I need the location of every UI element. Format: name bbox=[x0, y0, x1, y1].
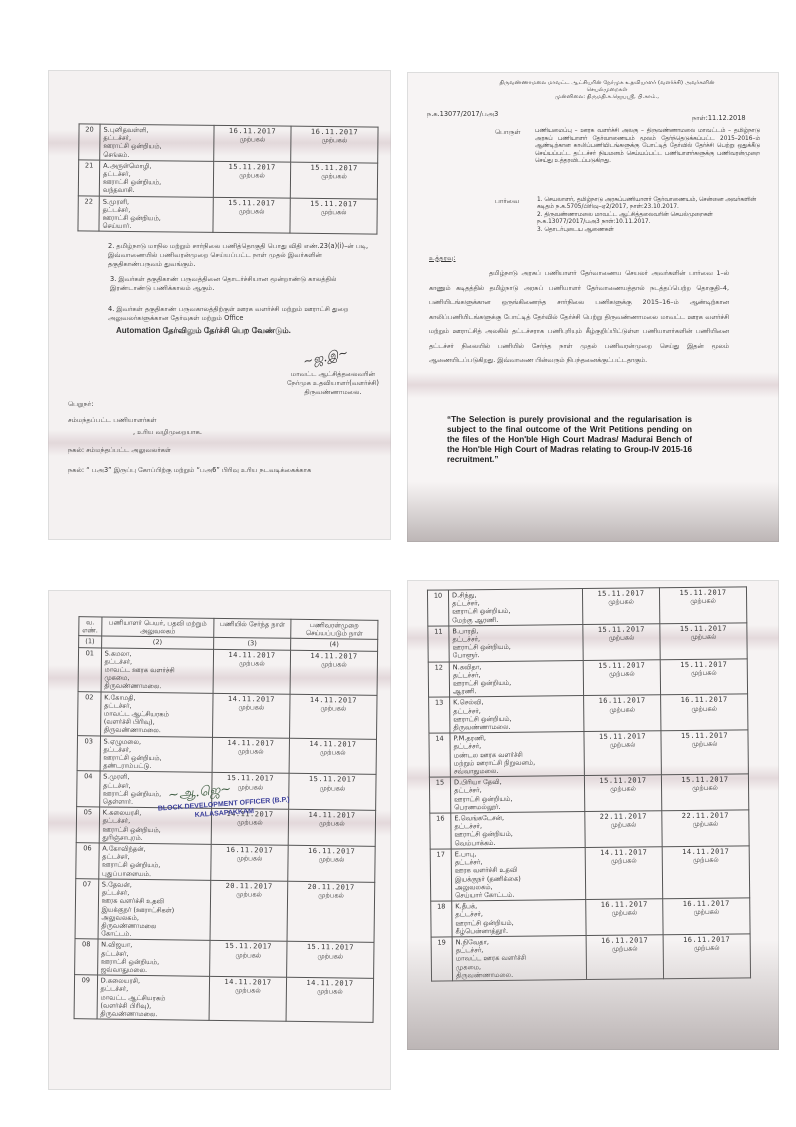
paragraph-4a: 4. இவர்கள் தகுதிகாண் பருவகாலத்திற்குள் ஊ… bbox=[108, 305, 378, 323]
employee-detail-line: ஜவ்வாதுமலை. bbox=[101, 965, 206, 974]
regularisation-date-cell: 16.11.2017முற்பகல் bbox=[291, 126, 378, 163]
scanned-page-2: திருவண்ணாமலை மாவட்ட ஆட்சியரின் நேர்முக உ… bbox=[407, 72, 779, 542]
employee-cell: B.பாரதி,தட்டச்சர்,ஊராட்சி ஒன்றியம்,போளூர… bbox=[449, 624, 583, 661]
employee-cell: S.புனிதவள்ளி,தட்டச்சர்,ஊராட்சி ஒன்றியம்,… bbox=[100, 124, 214, 161]
header-name: பணியாளர் பெயர், பதவி மற்றும் அலுவலகம் bbox=[101, 617, 214, 638]
join-date-cell: 15.11.2017முற்பகல் bbox=[582, 588, 659, 625]
table-row: 08N.விஜயா,தட்டச்சர்,ஊராட்சி ஒன்றியம்,ஜவ்… bbox=[75, 939, 374, 978]
employee-detail-line: திருவண்ணாமலை. bbox=[104, 726, 209, 735]
regularisation-date-cell: 14.11.2017முற்பகல் bbox=[289, 738, 376, 775]
paragraph-4b: Automation தேர்விலும் தேர்ச்சி பெற வேண்ட… bbox=[116, 326, 376, 335]
regularisation-date-cell: 16.11.2017முற்பகல் bbox=[661, 694, 748, 731]
regularisation-date-cell: 15.11.2017முற்பகல் bbox=[287, 942, 374, 979]
serial-number: 11 bbox=[428, 626, 449, 662]
employee-detail-line: மேற்கு ஆரணி. bbox=[452, 615, 579, 625]
table-row: 01S.கமலா,தட்டச்சர்,மாவட்ட ஊரக வளர்ச்சிமு… bbox=[78, 647, 378, 695]
join-date-cell: 16.11.2017முற்பகல் bbox=[211, 844, 288, 881]
join-session: முற்பகல் bbox=[216, 747, 286, 756]
letterhead: திருவண்ணாமலை மாவட்ட ஆட்சியரின் நேர்முக உ… bbox=[447, 80, 767, 101]
table-row: 03S.ஏழுமலை,தட்டச்சர்,ஊராட்சி ஒன்றியம்,தண… bbox=[77, 735, 376, 774]
table-row: 22S.முரளி,தட்டச்சர்,ஊராட்சி ஒன்றியம்,செய… bbox=[78, 196, 377, 235]
signatory-line: நேர்முக உதவியாளர்(வளர்ச்சி) bbox=[278, 379, 388, 388]
join-session: முற்பகல் bbox=[587, 669, 657, 678]
join-date-cell: 22.11.2017முற்பகல் bbox=[585, 811, 662, 848]
join-session: முற்பகல் bbox=[217, 207, 287, 216]
employee-cell: A.அருள்மொழி,தட்டச்சர்,ஊராட்சி ஒன்றியம்,வ… bbox=[99, 160, 213, 197]
subject-label: பொருள் bbox=[495, 128, 521, 137]
references-list: 1. செயலாளர், தமிழ்நாடு அரசுப்பணியாளர் தே… bbox=[537, 197, 757, 234]
join-session: முற்பகல் bbox=[586, 633, 656, 642]
employee-detail-line: சவ்வாதுமலை. bbox=[454, 766, 581, 776]
regularisation-session: முற்பகல் bbox=[294, 660, 374, 669]
table-body: 01S.கமலா,தட்டச்சர்,மாவட்ட ஊரக வளர்ச்சிமு… bbox=[74, 647, 378, 1022]
join-session: முற்பகல் bbox=[588, 821, 658, 830]
serial-number: 18 bbox=[431, 901, 452, 937]
regularisation-session: முற்பகல் bbox=[663, 632, 743, 641]
serial-number: 16 bbox=[430, 813, 451, 849]
regularisation-date-cell: 15.11.2017முற்பகல் bbox=[290, 162, 377, 199]
join-session: முற்பகல் bbox=[217, 135, 287, 144]
employee-detail-line: கீழ்பென்னாத்தூர். bbox=[455, 926, 582, 936]
regularisation-session: முற்பகல் bbox=[666, 855, 746, 864]
join-date-cell: 15.11.2017முற்பகல் bbox=[213, 161, 290, 198]
regularisation-session: முற்பகல் bbox=[291, 891, 371, 900]
reference-number: ந.க.13077/2017/பஅ3 bbox=[427, 110, 498, 119]
join-date: 14.11.2017 bbox=[217, 650, 287, 659]
reference-item: 1. செயலாளர், தமிழ்நாடு அரசுப்பணியாளர் தே… bbox=[537, 197, 757, 212]
regularisation-session: முற்பகல் bbox=[665, 784, 745, 793]
table-header: வ. எண். பணியாளர் பெயர், பதவி மற்றும் அலு… bbox=[79, 617, 378, 651]
regularisation-session: முற்பகல் bbox=[294, 208, 374, 217]
serial-number: 15 bbox=[429, 777, 450, 813]
table-body: 10D.சிந்து,தட்டச்சர்,ஊராட்சி ஒன்றியம்,மே… bbox=[427, 587, 750, 981]
regularisation-date-cell: 15.11.2017முற்பகல் bbox=[659, 587, 746, 624]
employee-cell: D.சிந்து,தட்டச்சர்,ஊராட்சி ஒன்றியம்,மேற்… bbox=[448, 589, 582, 626]
employee-cell: D.பிரியா தேவி,தட்டச்சர்,ஊராட்சி ஒன்றியம்… bbox=[450, 776, 584, 813]
join-date-cell: 15.11.2017முற்பகல் bbox=[210, 941, 287, 978]
serial-number: 21 bbox=[78, 160, 99, 196]
join-date-cell: 15.11.2017முற்பகல் bbox=[584, 775, 661, 812]
employee-table-continued: 10D.சிந்து,தட்டச்சர்,ஊராட்சி ஒன்றியம்,மே… bbox=[427, 586, 751, 981]
header-num: (3) bbox=[214, 638, 291, 650]
regularisation-session: முற்பகல் bbox=[666, 908, 746, 917]
regularisation-session: முற்பகல் bbox=[294, 172, 374, 181]
serial-number: 14 bbox=[429, 733, 450, 777]
signatory-block: மாவட்ட ஆட்சித்தலைவரின் நேர்முக உதவியாளர்… bbox=[278, 370, 388, 397]
paragraph-3: 3. இவர்கள் தகுதிகாண் பருவத்தினை தொடர்ச்ச… bbox=[110, 275, 370, 293]
join-date-cell: 15.11.2017முற்பகல் bbox=[213, 197, 290, 234]
employee-detail-line: செய்யார். bbox=[102, 222, 209, 231]
serial-number: 05 bbox=[76, 807, 99, 843]
references-label: பார்வை bbox=[495, 197, 519, 206]
regularisation-session: முற்பகல் bbox=[664, 704, 744, 713]
employee-cell: E.வெங்கடேசன்,தட்டச்சர்,ஊராட்சி ஒன்றியம்,… bbox=[451, 812, 585, 849]
employee-detail-line: திருவண்ணாமலை. bbox=[100, 1009, 205, 1018]
employee-detail-line: புதுப்பாளையம். bbox=[102, 869, 207, 878]
join-session: முற்பகல் bbox=[214, 890, 284, 899]
employee-detail-line: திருவண்ணாமலை. bbox=[453, 722, 580, 732]
employee-detail-line: துரிஞ்சாபுரம். bbox=[102, 833, 207, 842]
employee-detail-line: திருவண்ணாமலை. bbox=[104, 682, 209, 691]
copy-line-2: நகல்: “ பஅ3” இருப்பு கோப்பிற்கு மற்றும் … bbox=[68, 466, 391, 475]
reference-item: 2. திருவண்ணாமலை மாவட்ட ஆட்சித்தலைவரின் ச… bbox=[537, 212, 757, 227]
order-body: தமிழ்நாடு அரசுப் பணியாளர் தேர்வாணைய செயல… bbox=[429, 266, 729, 368]
scanned-page-1: 20S.புனிதவள்ளி,தட்டச்சர்,ஊராட்சி ஒன்றியம… bbox=[48, 70, 391, 540]
join-session: முற்பகல் bbox=[589, 856, 659, 865]
serial-number: 17 bbox=[430, 849, 452, 901]
join-date: 14.11.2017 bbox=[216, 739, 286, 748]
table-row: 15D.பிரியா தேவி,தட்டச்சர்,ஊராட்சி ஒன்றிய… bbox=[429, 774, 748, 813]
join-date-cell: 14.11.2017முற்பகல் bbox=[212, 737, 289, 774]
join-date-cell: 15.11.2017முற்பகல் bbox=[584, 731, 661, 776]
header-serial: வ. எண். bbox=[79, 617, 102, 637]
serial-number: 03 bbox=[77, 735, 100, 771]
serial-number: 20 bbox=[79, 124, 100, 160]
serial-number: 13 bbox=[429, 697, 450, 733]
serial-number: 10 bbox=[427, 590, 448, 626]
copy-line-1: நகல்: சம்மந்தப்பட்ட அலுவலர்கள் bbox=[68, 446, 171, 455]
serial-number: 08 bbox=[75, 939, 98, 975]
join-session: முற்பகல் bbox=[213, 986, 283, 995]
join-session: முற்பகல் bbox=[587, 705, 657, 714]
to-line: , உரிய வழிமுறையாக. bbox=[133, 428, 202, 437]
join-date-cell: 16.11.2017முற்பகல் bbox=[584, 695, 661, 732]
join-session: முற்பகல் bbox=[213, 950, 283, 959]
employee-detail-line: செங்கம். bbox=[103, 150, 210, 159]
table-row: 17E.பாபு,தட்டச்சர்,ஊரக வளர்ச்சி உதவிஇயக்… bbox=[430, 846, 750, 902]
join-session: முற்பகல் bbox=[215, 818, 285, 827]
regularisation-session: முற்பகல் bbox=[292, 819, 372, 828]
join-session: முற்பகல் bbox=[588, 785, 658, 794]
header-join-date: பணியில் சேர்ந்த நாள் bbox=[214, 618, 291, 638]
employee-detail-line: வந்தவாசி. bbox=[103, 186, 210, 195]
table-row: 20S.புனிதவள்ளி,தட்டச்சர்,ஊராட்சி ஒன்றியம… bbox=[79, 124, 378, 163]
join-date-cell: 16.11.2017முற்பகல் bbox=[586, 899, 663, 936]
join-session: முற்பகல் bbox=[217, 659, 287, 668]
employee-table-continued: 20S.புனிதவள்ளி,தட்டச்சர்,ஊராட்சி ஒன்றியம… bbox=[77, 123, 378, 235]
table-row: 16E.வெங்கடேசன்,தட்டச்சர்,ஊராட்சி ஒன்றியம… bbox=[430, 810, 749, 849]
serial-number: 12 bbox=[428, 662, 449, 698]
serial-number: 04 bbox=[77, 771, 100, 807]
join-date-cell: 15.11.2017முற்பகல் bbox=[583, 659, 660, 696]
regularisation-session: முற்பகல் bbox=[665, 820, 745, 829]
join-date-cell: 14.11.2017முற்பகல் bbox=[213, 649, 291, 694]
join-date-cell: 14.11.2017முற்பகல் bbox=[585, 847, 663, 900]
join-session: முற்பகல் bbox=[589, 909, 659, 918]
employee-cell: E.பாபு,தட்டச்சர்,ஊரக வளர்ச்சி உதவிஇயக்கு… bbox=[451, 847, 586, 901]
regularisation-session: முற்பகல் bbox=[290, 951, 370, 960]
employee-cell: K.தீபக்,தட்டச்சர்,ஊராட்சி ஒன்றியம்,கீழ்ப… bbox=[452, 900, 586, 937]
join-date-cell: 14.11.2017முற்பகல் bbox=[213, 693, 291, 738]
letterhead-line: திருவண்ணாமலை மாவட்ட ஆட்சியரின் நேர்முக உ… bbox=[447, 80, 767, 87]
letterhead-line: செயல்முறைகள் bbox=[447, 87, 767, 94]
employee-cell: A.கோவிந்தன்,தட்டச்சர்,ஊராட்சி ஒன்றியம்,ப… bbox=[98, 843, 211, 880]
regularisation-session: முற்பகல் bbox=[663, 597, 743, 606]
regularisation-session: முற்பகல் bbox=[293, 704, 373, 713]
reference-item: 3. தொடர்புடைய ஆணைகள் bbox=[537, 227, 757, 234]
serial-number: 06 bbox=[76, 843, 99, 879]
paragraph-2: 2. தமிழ்நாடு மாநில மற்றும் சார்நிலை பணித… bbox=[108, 242, 378, 269]
join-session: முற்பகல் bbox=[217, 171, 287, 180]
regularisation-date-cell: 14.11.2017முற்பகல் bbox=[290, 650, 378, 695]
employee-detail-line: போளூர். bbox=[453, 651, 580, 661]
table-row: 10D.சிந்து,தட்டச்சர்,ஊராட்சி ஒன்றியம்,மே… bbox=[427, 587, 746, 626]
scanned-page-4: 10D.சிந்து,தட்டச்சர்,ஊராட்சி ஒன்றியம்,மே… bbox=[407, 580, 779, 1050]
employee-cell: N.கவிதா,தட்டச்சர்,ஊராட்சி ஒன்றியம்,ஆரணி. bbox=[449, 660, 583, 697]
signatory-line: திருவண்ணாமலை. bbox=[278, 388, 388, 397]
table-row: 14P.M.தரணி,தட்டச்சர்,மண்டல ஊரக வளர்ச்சிம… bbox=[429, 730, 748, 777]
regularisation-date-cell: 15.11.2017முற்பகல் bbox=[661, 730, 748, 775]
signatory-line: மாவட்ட ஆட்சித்தலைவரின் bbox=[278, 370, 388, 379]
regularisation-date-cell: 14.11.2017முற்பகல் bbox=[288, 810, 375, 847]
table-row: 13K.செல்வி,தட்டச்சர்,ஊராட்சி ஒன்றியம்,தி… bbox=[429, 694, 748, 733]
regularisation-session: முற்பகல் bbox=[290, 987, 370, 996]
regularisation-session: முற்பகல் bbox=[293, 748, 373, 757]
join-date: 15.11.2017 bbox=[213, 942, 283, 951]
letterhead-line: முன்னிலை: திருமதி.க.ஜெயஸ்ரீ, பி.காம்., bbox=[447, 94, 767, 101]
table-row: 18K.தீபக்,தட்டச்சர்,ஊராட்சி ஒன்றியம்,கீழ… bbox=[431, 898, 750, 937]
regularisation-session: முற்பகல் bbox=[292, 783, 372, 792]
join-date-cell: 20.11.2017முற்பகல் bbox=[210, 880, 288, 941]
employee-table: வ. எண். பணியாளர் பெயர், பதவி மற்றும் அலு… bbox=[74, 616, 379, 1023]
header-regularisation-date: பணிவரன்முறை செய்யப்படும் நாள் bbox=[291, 619, 378, 639]
employee-detail-line: ஆரணி. bbox=[453, 686, 580, 696]
employee-detail-line: கோட்டம். bbox=[101, 930, 206, 939]
employee-detail-line: பெரணமல்லூர். bbox=[454, 802, 581, 812]
regularisation-session: முற்பகல் bbox=[291, 855, 371, 864]
employee-cell: D.கலையரசி,தட்டச்சர்,மாவட்ட ஆட்சியரகம்(வள… bbox=[97, 975, 210, 1020]
serial-number: 09 bbox=[74, 975, 97, 1019]
serial-number: 02 bbox=[78, 691, 101, 735]
join-date: 14.11.2017 bbox=[216, 694, 286, 703]
table-row: 02K.கோமதி,தட்டச்சர்,மாவட்ட ஆட்சியரகம்(வள… bbox=[78, 691, 378, 739]
employee-cell: S.ஏழுமலை,தட்டச்சர்,ஊராட்சி ஒன்றியம்,தண்ட… bbox=[100, 736, 213, 773]
table-row: 21A.அருள்மொழி,தட்டச்சர்,ஊராட்சி ஒன்றியம்… bbox=[78, 160, 377, 199]
employee-detail-line: செய்யார் கோட்டம். bbox=[455, 890, 582, 900]
table-row: 12N.கவிதா,தட்டச்சர்,ஊராட்சி ஒன்றியம்,ஆரண… bbox=[428, 658, 747, 697]
to-line: சம்மந்தப்பட்ட பணியாளர்கள் bbox=[68, 416, 157, 425]
employee-cell: K.செல்வி,தட்டச்சர்,ஊராட்சி ஒன்றியம்,திரு… bbox=[450, 696, 584, 733]
join-date-cell: 16.11.2017முற்பகல் bbox=[214, 125, 291, 162]
join-session: முற்பகல் bbox=[216, 703, 286, 712]
regularisation-date-cell: 15.11.2017முற்பகல் bbox=[289, 774, 376, 811]
join-date-cell: 15.11.2017முற்பகல் bbox=[583, 624, 660, 661]
regularisation-date-cell: 15.11.2017முற்பகல் bbox=[660, 658, 747, 695]
regularisation-date-cell: 15.11.2017முற்பகல் bbox=[661, 774, 748, 811]
scan-shadow bbox=[407, 940, 779, 1050]
selection-disclaimer: “The Selection is purely provisional and… bbox=[447, 415, 692, 465]
employee-cell: P.M.தரணி,தட்டச்சர்,மண்டல ஊரக வளர்ச்சிமற்… bbox=[450, 732, 584, 777]
join-date: 15.11.2017 bbox=[217, 199, 287, 208]
regularisation-date-cell: 20.11.2017முற்பகல் bbox=[287, 881, 375, 942]
regularisation-date-cell: 14.11.2017முற்பகல் bbox=[290, 694, 378, 739]
table-row: 11B.பாரதி,தட்டச்சர்,ஊராட்சி ஒன்றியம்,போள… bbox=[428, 623, 747, 662]
table-body: 20S.புனிதவள்ளி,தட்டச்சர்,ஊராட்சி ஒன்றியம… bbox=[78, 124, 378, 235]
join-session: முற்பகல் bbox=[588, 741, 658, 750]
regularisation-session: முற்பகல் bbox=[664, 668, 744, 677]
employee-cell: S.கமலா,தட்டச்சர்,மாவட்ட ஊரக வளர்ச்சிமுகம… bbox=[101, 648, 214, 693]
serial-number: 01 bbox=[78, 647, 101, 691]
order-label: உத்தரவு: bbox=[429, 254, 456, 263]
employee-detail-line: வெம்பாக்கம். bbox=[455, 838, 582, 848]
table-row: 07S.தேவன்,தட்டச்சர்,ஊரக வளர்ச்சி உதவிஇயக… bbox=[75, 879, 375, 943]
table-row: 06A.கோவிந்தன்,தட்டச்சர்,ஊராட்சி ஒன்றியம்… bbox=[76, 843, 375, 882]
subject-text: பணியமைப்பு – ஊரக வளர்ச்சி அலகு – திருவண்… bbox=[535, 128, 760, 166]
document-date: நாள்:11.12.2018 bbox=[692, 114, 746, 123]
employee-cell: S.தேவன்,தட்டச்சர்,ஊரக வளர்ச்சி உதவிஇயக்க… bbox=[98, 879, 211, 941]
scanned-page-3: வ. எண். பணியாளர் பெயர், பதவி மற்றும் அலு… bbox=[48, 590, 391, 1090]
scan-shadow bbox=[407, 482, 779, 542]
join-date-cell: 14.11.2017முற்பகல் bbox=[209, 976, 287, 1021]
employee-cell: S.முரளி,தட்டச்சர்,ஊராட்சி ஒன்றியம்,செய்ய… bbox=[99, 196, 213, 233]
regularisation-date-cell: 14.11.2017முற்பகல் bbox=[286, 977, 374, 1022]
scan-streak bbox=[407, 372, 779, 398]
employee-cell: K.கோமதி,தட்டச்சர்,மாவட்ட ஆட்சியரகம்(வளர்… bbox=[100, 692, 213, 737]
join-session: முற்பகல் bbox=[214, 854, 284, 863]
regularisation-session: முற்பகல் bbox=[294, 136, 374, 145]
table-row: 09D.கலையரசி,தட்டச்சர்,மாவட்ட ஆட்சியரகம்(… bbox=[74, 975, 374, 1023]
regularisation-date-cell: 22.11.2017முற்பகல் bbox=[662, 810, 749, 847]
regularisation-date-cell: 16.11.2017முற்பகல் bbox=[288, 845, 375, 882]
regularisation-date-cell: 15.11.2017முற்பகல் bbox=[290, 198, 377, 235]
serial-number: 07 bbox=[75, 879, 98, 940]
regularisation-session: முற்பகல் bbox=[665, 740, 745, 749]
serial-number: 22 bbox=[78, 196, 99, 232]
regularisation-date-cell: 16.11.2017முற்பகல் bbox=[663, 898, 750, 935]
employee-cell: N.விஜயா,தட்டச்சர்,ஊராட்சி ஒன்றியம்,ஜவ்வா… bbox=[97, 939, 210, 976]
regularisation-date-cell: 14.11.2017முற்பகல் bbox=[662, 846, 750, 899]
header-num: (1) bbox=[79, 636, 102, 647]
employee-detail-line: தண்டராம்பட்டு. bbox=[103, 762, 208, 771]
signature: ~ஜ.இ~ bbox=[302, 345, 350, 370]
to-label: பெறுநர்: bbox=[68, 400, 93, 409]
regularisation-date-cell: 15.11.2017முற்பகல் bbox=[660, 623, 747, 660]
join-session: முற்பகல் bbox=[586, 597, 656, 606]
